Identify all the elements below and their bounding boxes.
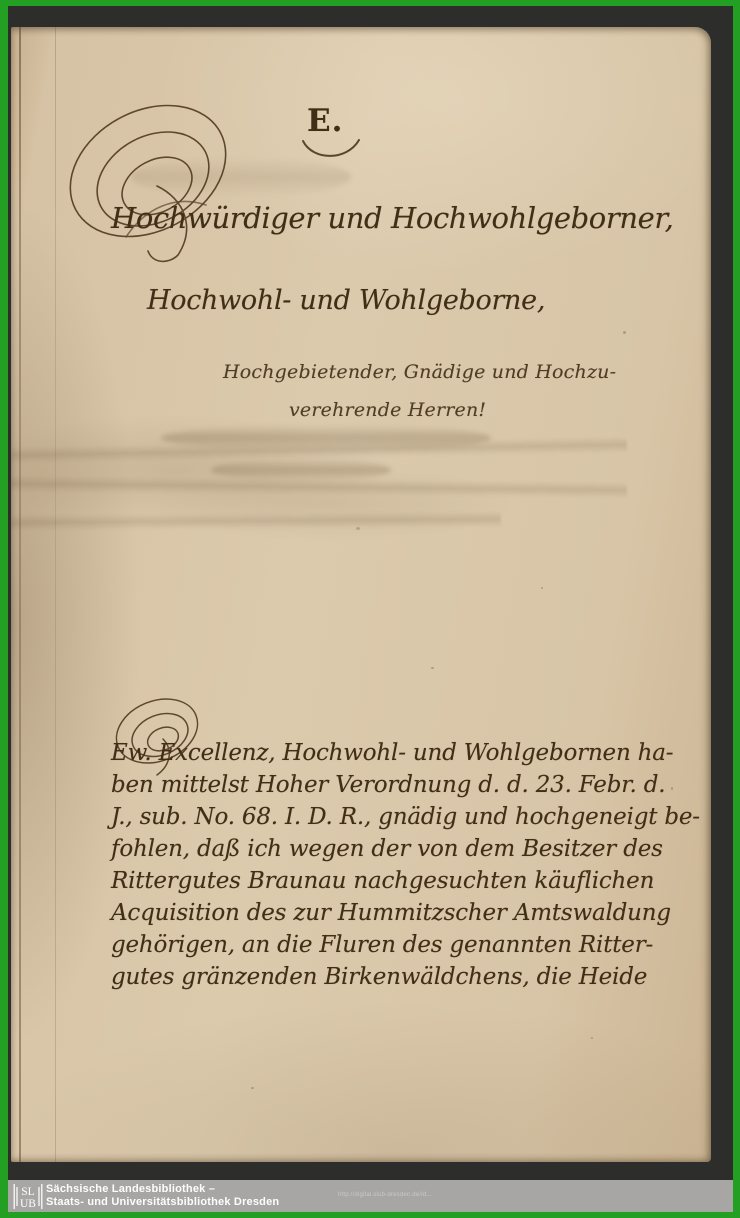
- letter-mark-underline-arc: [299, 139, 363, 165]
- paper-stain: [431, 667, 434, 669]
- paper-stain: [623, 331, 626, 334]
- scan-frame: E. Hochwürdiger und Hochwohlgeborner, Ho…: [0, 0, 740, 1218]
- paper-stain: [591, 1037, 593, 1039]
- body-line: Ew. Excellenz, Hochwohl- und Wohlgeborne…: [111, 737, 641, 769]
- salutation-line-1: Hochwürdiger und Hochwohlgeborner,: [111, 201, 673, 235]
- slub-logo: SL UB: [13, 1183, 43, 1210]
- body-line: Acquisition des zur Hummitzscher Amtswal…: [111, 897, 641, 929]
- paper-stain: [356, 527, 360, 530]
- pen-flourish-ornament: [56, 87, 246, 267]
- paper-stain: [671, 787, 673, 790]
- digital-collection-watermark-url: http://digital.slub-dresden.de/id...: [338, 1192, 432, 1198]
- paper-crease: [11, 511, 501, 530]
- library-footer-bar: SL UB Sächsische Landesbibliothek – Staa…: [8, 1180, 733, 1212]
- library-name-line-2: Staats- und Universitätsbibliothek Dresd…: [46, 1196, 279, 1209]
- ink-bleedthrough: [211, 459, 391, 481]
- address-line-2: verehrende Herren!: [289, 399, 486, 421]
- library-name-line-1: Sächsische Landesbibliothek –: [46, 1183, 279, 1196]
- paper-stain: [251, 1087, 254, 1089]
- paper-stain: [541, 587, 543, 589]
- body-line: gehörigen, an die Fluren des genannten R…: [111, 929, 641, 961]
- body-line: ben mittelst Hoher Verordnung d. d. 23. …: [111, 769, 641, 801]
- page-fold-crease: [19, 27, 21, 1162]
- manuscript-page: E. Hochwürdiger und Hochwohlgeborner, Ho…: [11, 27, 711, 1162]
- ink-bleedthrough: [161, 425, 491, 451]
- body-line: J., sub. No. 68. I. D. R., gnädig und ho…: [111, 801, 641, 833]
- address-line-1: Hochgebietender, Gnädige und Hochzu-: [223, 361, 616, 383]
- body-line: gutes gränzenden Birkenwäldchens, die He…: [111, 961, 641, 993]
- body-line: Rittergutes Braunau nachgesuchten käufli…: [111, 865, 641, 897]
- slub-logo-text-bottom: UB: [20, 1198, 36, 1210]
- slub-logo-text-top: SL: [21, 1186, 34, 1198]
- letter-mark: E.: [307, 103, 343, 139]
- body-paragraph: Ew. Excellenz, Hochwohl- und Wohlgeborne…: [111, 737, 641, 993]
- salutation-line-2: Hochwohl- und Wohlgeborne,: [147, 285, 545, 316]
- library-name: Sächsische Landesbibliothek – Staats- un…: [46, 1183, 279, 1209]
- body-line: fohlen, daß ich wegen der von dem Besitz…: [111, 833, 641, 865]
